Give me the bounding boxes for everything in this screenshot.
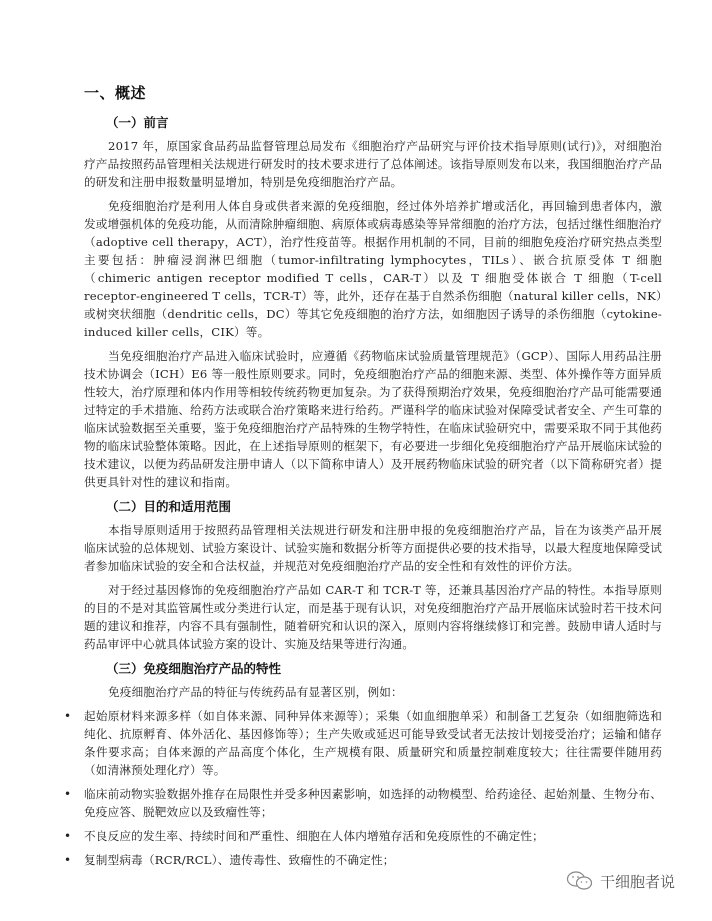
- paragraph: 2017 年，原国家食品药品监督管理总局发布《细胞治疗产品研究与评价技术指导原则…: [84, 137, 662, 191]
- paragraph: 免疫细胞治疗是利用人体自身或供者来源的免疫细胞，经过体外培养扩增或活化，再回输到…: [84, 197, 662, 341]
- document-page: 一、概述 （一）前言 2017 年，原国家食品药品监督管理总局发布《细胞治疗产品…: [84, 82, 662, 875]
- paragraph: 对于经过基因修饰的免疫细胞治疗产品如 CAR-T 和 TCR-T 等，还兼具基因…: [84, 581, 662, 653]
- subsection-title-preface: （一）前言: [106, 113, 662, 131]
- paragraph: 当免疫细胞治疗产品进入临床试验时，应遵循《药物临床试验质量管理规范》（GCP）、…: [84, 347, 662, 491]
- subsection-title-purpose-scope: （二）目的和适用范围: [106, 497, 662, 515]
- watermark-text: 干细胞者说: [600, 871, 675, 892]
- watermark: 干细胞者说: [566, 870, 675, 892]
- section-title: 一、概述: [84, 82, 662, 103]
- list-item-text: 复制型病毒（RCR/RCL）、遗传毒性、致瘤性的不确定性；: [84, 853, 395, 867]
- wechat-icon: [566, 870, 594, 892]
- paragraph: 免疫细胞治疗产品的特征与传统药品有显著区别，例如：: [84, 683, 662, 701]
- bullet-icon: •: [64, 785, 71, 803]
- bullet-list: • 起始原材料来源多样（如自体来源、同种异体来源等）；采集（如血细胞单采）和制备…: [84, 707, 662, 869]
- bullet-icon: •: [64, 707, 71, 725]
- list-item: • 临床前动物实验数据外推存在局限性并受多种因素影响，如选择的动物模型、给药途径…: [84, 785, 662, 821]
- list-item-text: 不良反应的发生率、持续时间和严重性、细胞在人体内增殖存活和免疫原性的不确定性；: [84, 829, 544, 843]
- paragraph: 本指导原则适用于按照药品管理相关法规进行研发和注册申报的免疫细胞治疗产品，旨在为…: [84, 521, 662, 575]
- list-item: • 不良反应的发生率、持续时间和严重性、细胞在人体内增殖存活和免疫原性的不确定性…: [84, 827, 662, 845]
- list-item: • 起始原材料来源多样（如自体来源、同种异体来源等）；采集（如血细胞单采）和制备…: [84, 707, 662, 779]
- list-item: • 复制型病毒（RCR/RCL）、遗传毒性、致瘤性的不确定性；: [84, 851, 662, 869]
- bullet-icon: •: [64, 827, 71, 845]
- list-item-text: 临床前动物实验数据外推存在局限性并受多种因素影响，如选择的动物模型、给药途径、起…: [84, 787, 662, 819]
- bullet-icon: •: [64, 851, 71, 869]
- subsection-title-characteristics: （三）免疫细胞治疗产品的特性: [106, 659, 662, 677]
- list-item-text: 起始原材料来源多样（如自体来源、同种异体来源等）；采集（如血细胞单采）和制备工艺…: [84, 709, 662, 777]
